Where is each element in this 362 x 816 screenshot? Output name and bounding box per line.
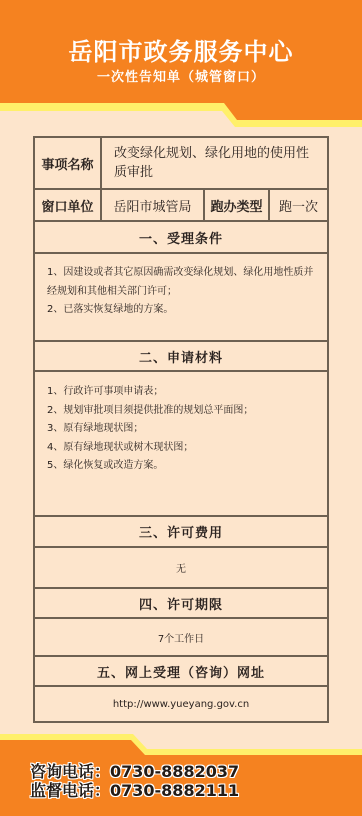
section-title: 三、许可费用 [35,517,327,546]
section-title: 五、网上受理（咨询）网址 [35,657,327,685]
section-title: 二、申请材料 [35,342,327,370]
period-value: 7个工作日 [35,619,327,655]
list-item: 2、已落实恢复绿地的方案。 [47,301,315,320]
list-item: 3、原有绿地现状图； [47,420,315,439]
section-header-period: 四、许可期限 [35,589,327,619]
section-header-fees: 三、许可费用 [35,517,327,548]
contact-phones: 咨询电话：0730-8882037 监督电话：0730-8882111 [30,762,239,800]
list-item: 1、行政许可事项申请表； [47,383,315,402]
conditions-list: 1、因建设或者其它原因确需改变绿化规划、绿化用地性质并经规划和其他相关部门许可；… [35,254,327,340]
section-content-fees: 无 [35,548,327,589]
section-content-website: http://www.yueyang.gov.cn [35,687,327,721]
item-name-value: 改变绿化规划、绿化用地的使用性质审批 [102,138,327,188]
section-content-period: 7个工作日 [35,619,327,657]
list-item: 4、原有绿地现状或树木现状图； [47,439,315,458]
page-subtitle: 一次性告知单（城管窗口） [0,66,362,85]
list-item: 2、规划审批项目须提供批准的规划总平面图； [47,402,315,421]
list-item: 1、因建设或者其它原因确需改变绿化规划、绿化用地性质并经规划和其他相关部门许可； [47,264,315,301]
window-label: 窗口单位 [35,190,102,220]
section-content-materials: 1、行政许可事项申请表； 2、规划审批项目须提供批准的规划总平面图； 3、原有绿… [35,372,327,517]
section-title: 一、受理条件 [35,222,327,252]
section-header-materials: 二、申请材料 [35,342,327,372]
section-content-conditions: 1、因建设或者其它原因确需改变绿化规划、绿化用地性质并经规划和其他相关部门许可；… [35,254,327,342]
item-name-row: 事项名称 改变绿化规划、绿化用地的使用性质审批 [35,138,327,190]
section-header-conditions: 一、受理条件 [35,222,327,254]
section-title: 四、许可期限 [35,589,327,617]
list-item: 5、绿化恢复或改造方案。 [47,457,315,476]
page-title: 岳阳市政务服务中心 [0,32,362,67]
section-header-website: 五、网上受理（咨询）网址 [35,657,327,687]
fee-value: 无 [35,548,327,587]
window-row: 窗口单位 岳阳市城管局 跑办类型 跑一次 [35,190,327,222]
run-type-value: 跑一次 [270,190,327,220]
run-type-label: 跑办类型 [205,190,270,220]
consult-phone: 咨询电话：0730-8882037 [30,762,239,781]
website-link[interactable]: http://www.yueyang.gov.cn [35,687,327,721]
materials-list: 1、行政许可事项申请表； 2、规划审批项目须提供批准的规划总平面图； 3、原有绿… [35,372,327,515]
notice-table: 事项名称 改变绿化规划、绿化用地的使用性质审批 窗口单位 岳阳市城管局 跑办类型… [33,136,329,723]
item-name-label: 事项名称 [35,138,102,188]
supervise-phone: 监督电话：0730-8882111 [30,781,239,800]
window-value: 岳阳市城管局 [102,190,205,220]
